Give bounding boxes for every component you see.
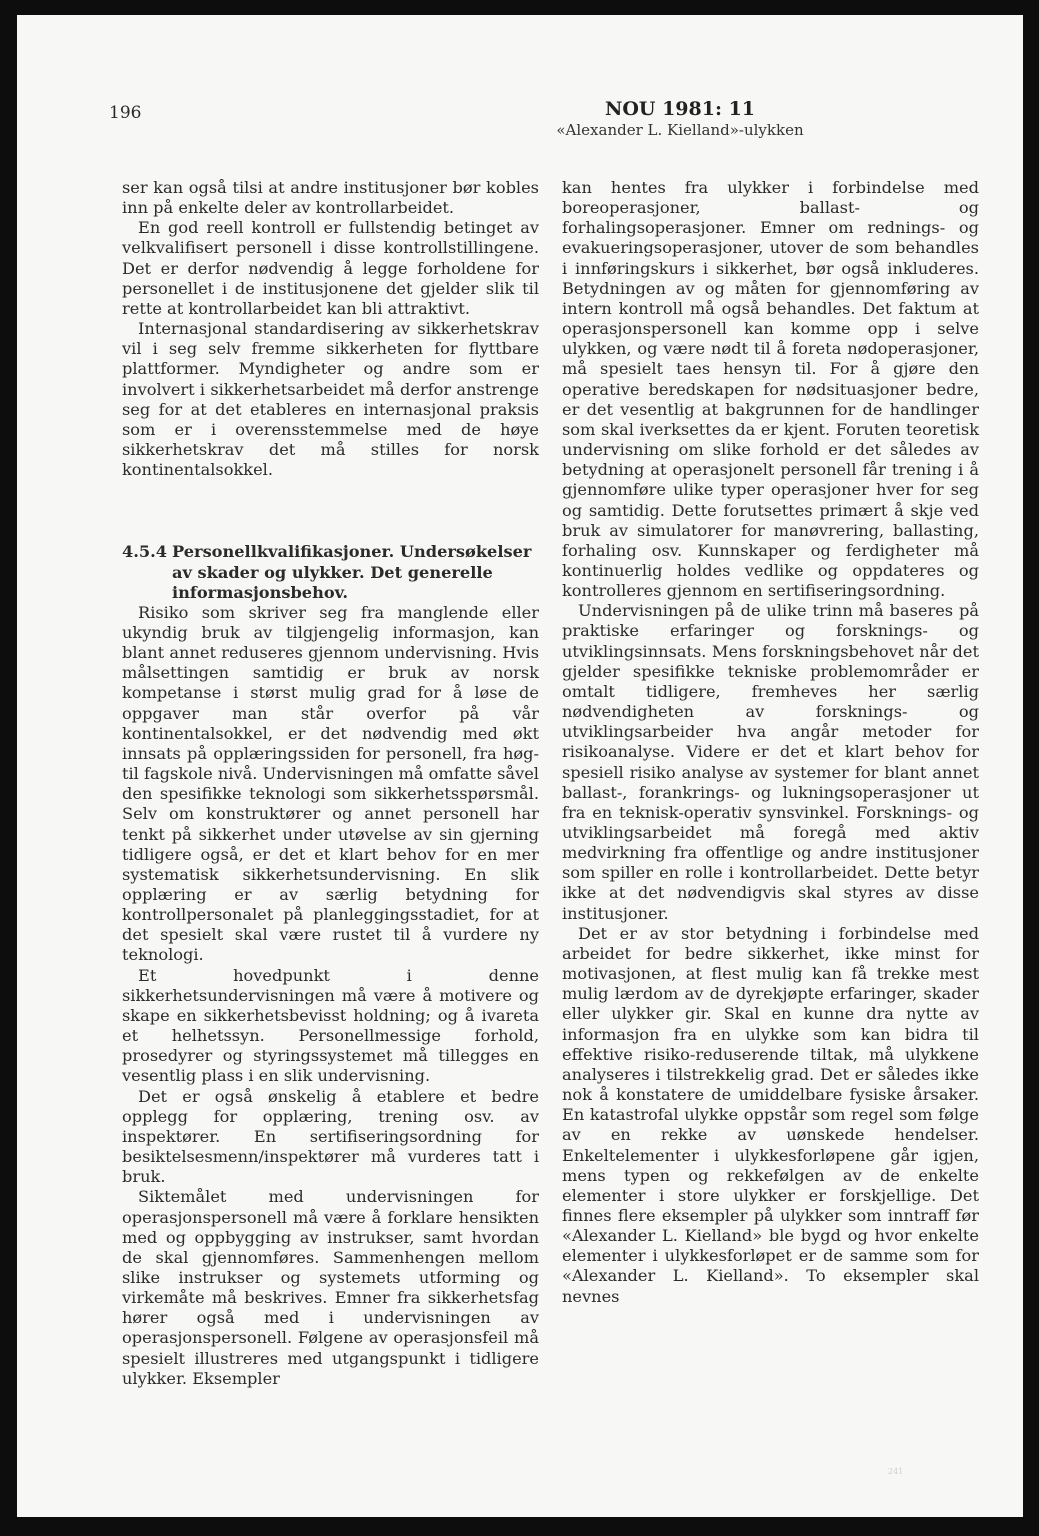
section-title: Personellkvalifikasjoner. Undersøkelser … — [172, 542, 539, 602]
paragraph: kan hentes fra ulykker i forbindelse med… — [562, 178, 979, 601]
paragraph: Det er også ønskelig å etablere et bedre… — [122, 1087, 539, 1188]
document-title: NOU 1981: 11 — [380, 98, 980, 120]
right-column: kan hentes fra ulykker i forbindelse med… — [562, 178, 979, 1307]
paragraph: Det er av stor betydning i forbindelse m… — [562, 924, 979, 1307]
section-heading: 4.5.4 Personellkvalifikasjoner. Undersøk… — [122, 542, 539, 602]
paragraph: Risiko som skriver seg fra manglende ell… — [122, 603, 539, 966]
faint-page-mark: 241 — [888, 1467, 903, 1476]
paragraph: En god reell kontroll er fullstendig bet… — [122, 218, 539, 319]
page-number: 196 — [109, 103, 141, 123]
section-number: 4.5.4 — [122, 542, 172, 602]
paragraph: Internasjonal standardisering av sikkerh… — [122, 319, 539, 480]
paragraph: Siktemålet med undervisningen for operas… — [122, 1187, 539, 1389]
document-subtitle: «Alexander L. Kielland»-ulykken — [380, 120, 980, 140]
running-head: NOU 1981: 11 «Alexander L. Kielland»-uly… — [380, 98, 980, 140]
section-spacer — [122, 480, 539, 542]
left-column: ser kan også tilsi at andre institusjone… — [122, 178, 539, 1389]
paragraph: Et hovedpunkt i denne sikkerhetsundervis… — [122, 966, 539, 1087]
paragraph: ser kan også tilsi at andre institusjone… — [122, 178, 539, 218]
paragraph: Undervisningen på de ulike trinn må base… — [562, 601, 979, 924]
